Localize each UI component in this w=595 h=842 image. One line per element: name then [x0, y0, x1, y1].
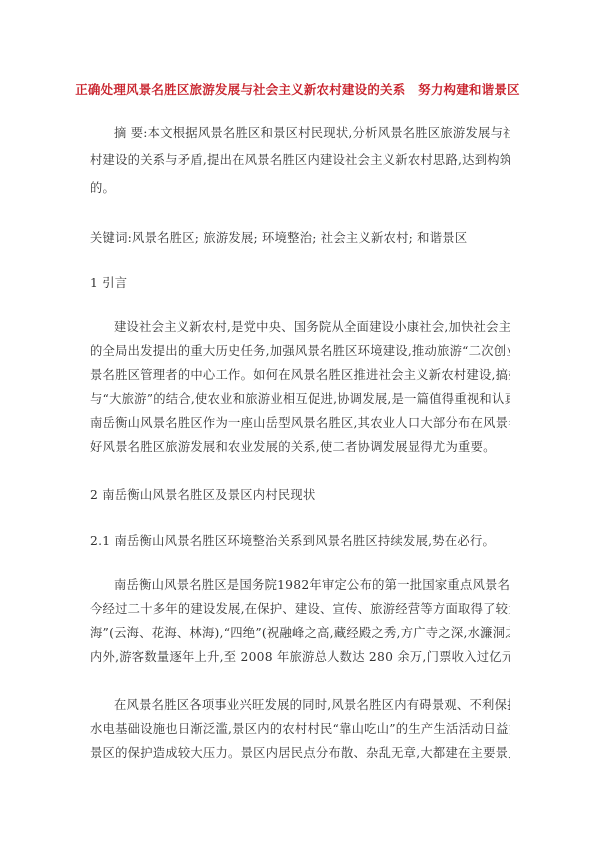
paragraph-line: 景名胜区管理者的中心工作。如何在风景名胜区推进社会主义新农村建设,搞好“大农业”	[90, 367, 510, 383]
paragraph-line: 海”(云海、花海、林海),“四绝”(祝融峰之高,藏经殿之秀,方广寺之深,水濂洞之…	[90, 625, 510, 641]
document-page: 正确处理风景名胜区旅游发展与社会主义新农村建设的关系 努力构建和谐景区 摘 要:…	[0, 0, 595, 842]
paragraph-line: 南岳衡山风景名胜区作为一座山岳型风景名胜区,其农业人口大部分布在风景名胜区内,处…	[90, 415, 510, 431]
paragraph-line: 与“大旅游”的结合,使农业和旅游业相互促进,协调发展,是一篇值得重视和认真作好的…	[90, 391, 510, 407]
paragraph-line: 南岳衡山风景名胜区是国务院1982年审定公布的第一批国家重点风景名胜区,从公布至	[114, 577, 510, 593]
paragraph-line: 好风景名胜区旅游发展和农业发展的关系,使二者协调发展显得尤为重要。	[90, 439, 510, 455]
abstract-line: 的。	[90, 180, 510, 196]
abstract-line: 村建设的关系与矛盾,提出在风景名胜区内建设社会主义新农村思路,达到构筑和谐景区的…	[90, 152, 510, 168]
abstract-line: 摘 要:本文根据风景名胜区和景区村民现状,分析风景名胜区旅游发展与社会主义新农	[114, 125, 510, 141]
paragraph-line: 在风景名胜区各项事业兴旺发展的同时,风景名胜区内有碍景观、不利保护的旅游设施、	[114, 697, 510, 713]
paragraph-line: 建设社会主义新农村,是党中央、国务院从全面建设小康社会,加快社会主义现代化进程	[114, 319, 510, 335]
document-title: 正确处理风景名胜区旅游发展与社会主义新农村建设的关系 努力构建和谐景区	[0, 80, 595, 98]
subsection-heading-2-1: 2.1 南岳衡山风景名胜区环境整治关系到风景名胜区持续发展,势在必行。	[90, 533, 510, 549]
keywords: 关键词:风景名胜区; 旅游发展; 环境整治; 社会主义新农村; 和谐景区	[90, 230, 510, 246]
paragraph-line: 景区的保护造成较大压力。景区内居民点分布散、杂乱无章,大都建在主要景点周围和游览	[90, 745, 510, 761]
paragraph-line: 今经过二十多年的建设发展,在保护、建设、宣传、旅游经营等方面取得了较大成效。其“…	[90, 601, 510, 617]
paragraph-line: 的全局出发提出的重大历史任务,加强风景名胜区环境建设,推动旅游“二次创业”是各级…	[90, 343, 510, 359]
paragraph-line: 水电基础设施也日渐泛滥,景区内的农村村民“靠山吃山”的生产生活活动日益突出,对核…	[90, 721, 510, 737]
section-heading-1: 1 引言	[90, 275, 510, 291]
paragraph-line: 内外,游客数量逐年上升,至 2008 年旅游总人数达 280 余万,门票收入过亿…	[90, 649, 510, 665]
section-heading-2: 2 南岳衡山风景名胜区及景区内村民现状	[90, 487, 510, 503]
